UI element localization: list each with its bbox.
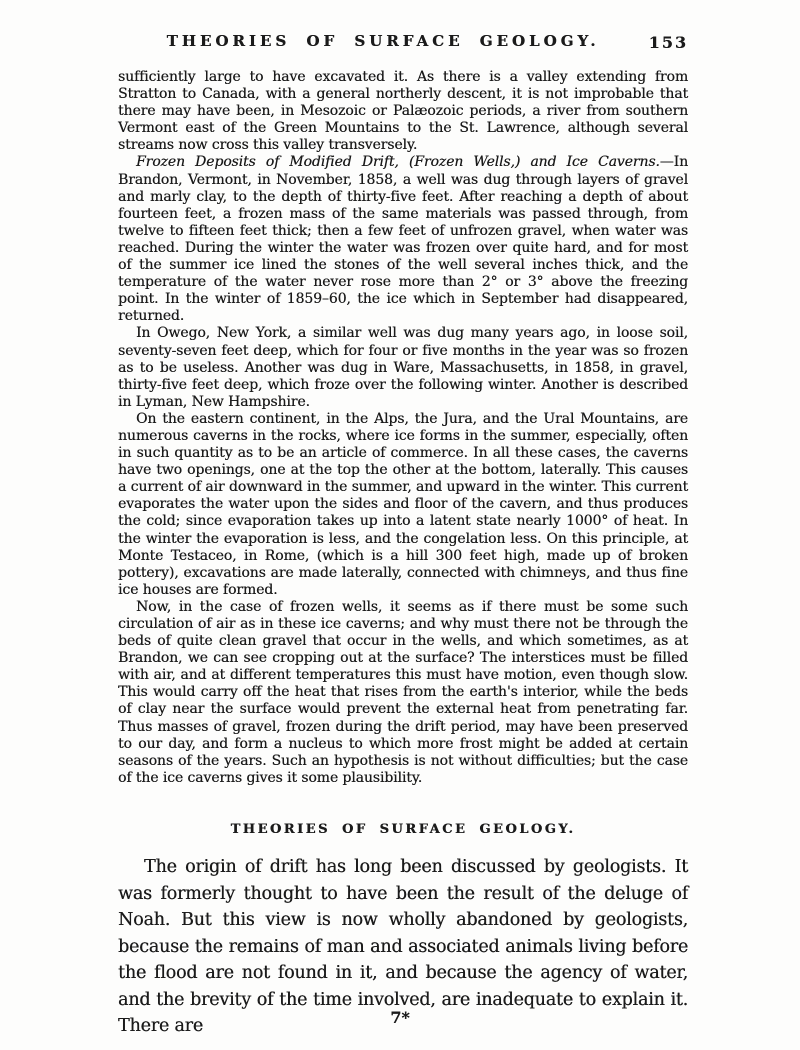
page-number: 153 [649, 33, 688, 52]
chapter-section: THEORIES OF SURFACE GEOLOGY. The origin … [118, 822, 688, 1040]
page-body: sufficiently large to have excavated it.… [118, 69, 688, 787]
paragraph-owego-wells: In Owego, New York, a similar well was d… [118, 325, 688, 410]
section-heading: THEORIES OF SURFACE GEOLOGY. [118, 822, 688, 837]
signature-mark: 7* [0, 1008, 800, 1027]
paragraph-ice-caverns: On the eastern continent, in the Alps, t… [118, 411, 688, 599]
page-header: THEORIES OF SURFACE GEOLOGY. 153 [118, 32, 688, 54]
paragraph-continuation: sufficiently large to have excavated it.… [118, 69, 688, 154]
paragraph-lead-italic: Frozen Deposits of Modified Drift, (Froz… [136, 154, 660, 170]
book-page: THEORIES OF SURFACE GEOLOGY. 153 suffici… [0, 0, 800, 1050]
running-title: THEORIES OF SURFACE GEOLOGY. [118, 32, 648, 50]
paragraph-frozen-deposits: Frozen Deposits of Modified Drift, (Froz… [118, 154, 688, 325]
paragraph-frozen-wells-theory: Now, in the case of frozen wells, it see… [118, 599, 688, 787]
paragraph-text: —In Brandon, Vermont, in November, 1858,… [118, 154, 688, 324]
